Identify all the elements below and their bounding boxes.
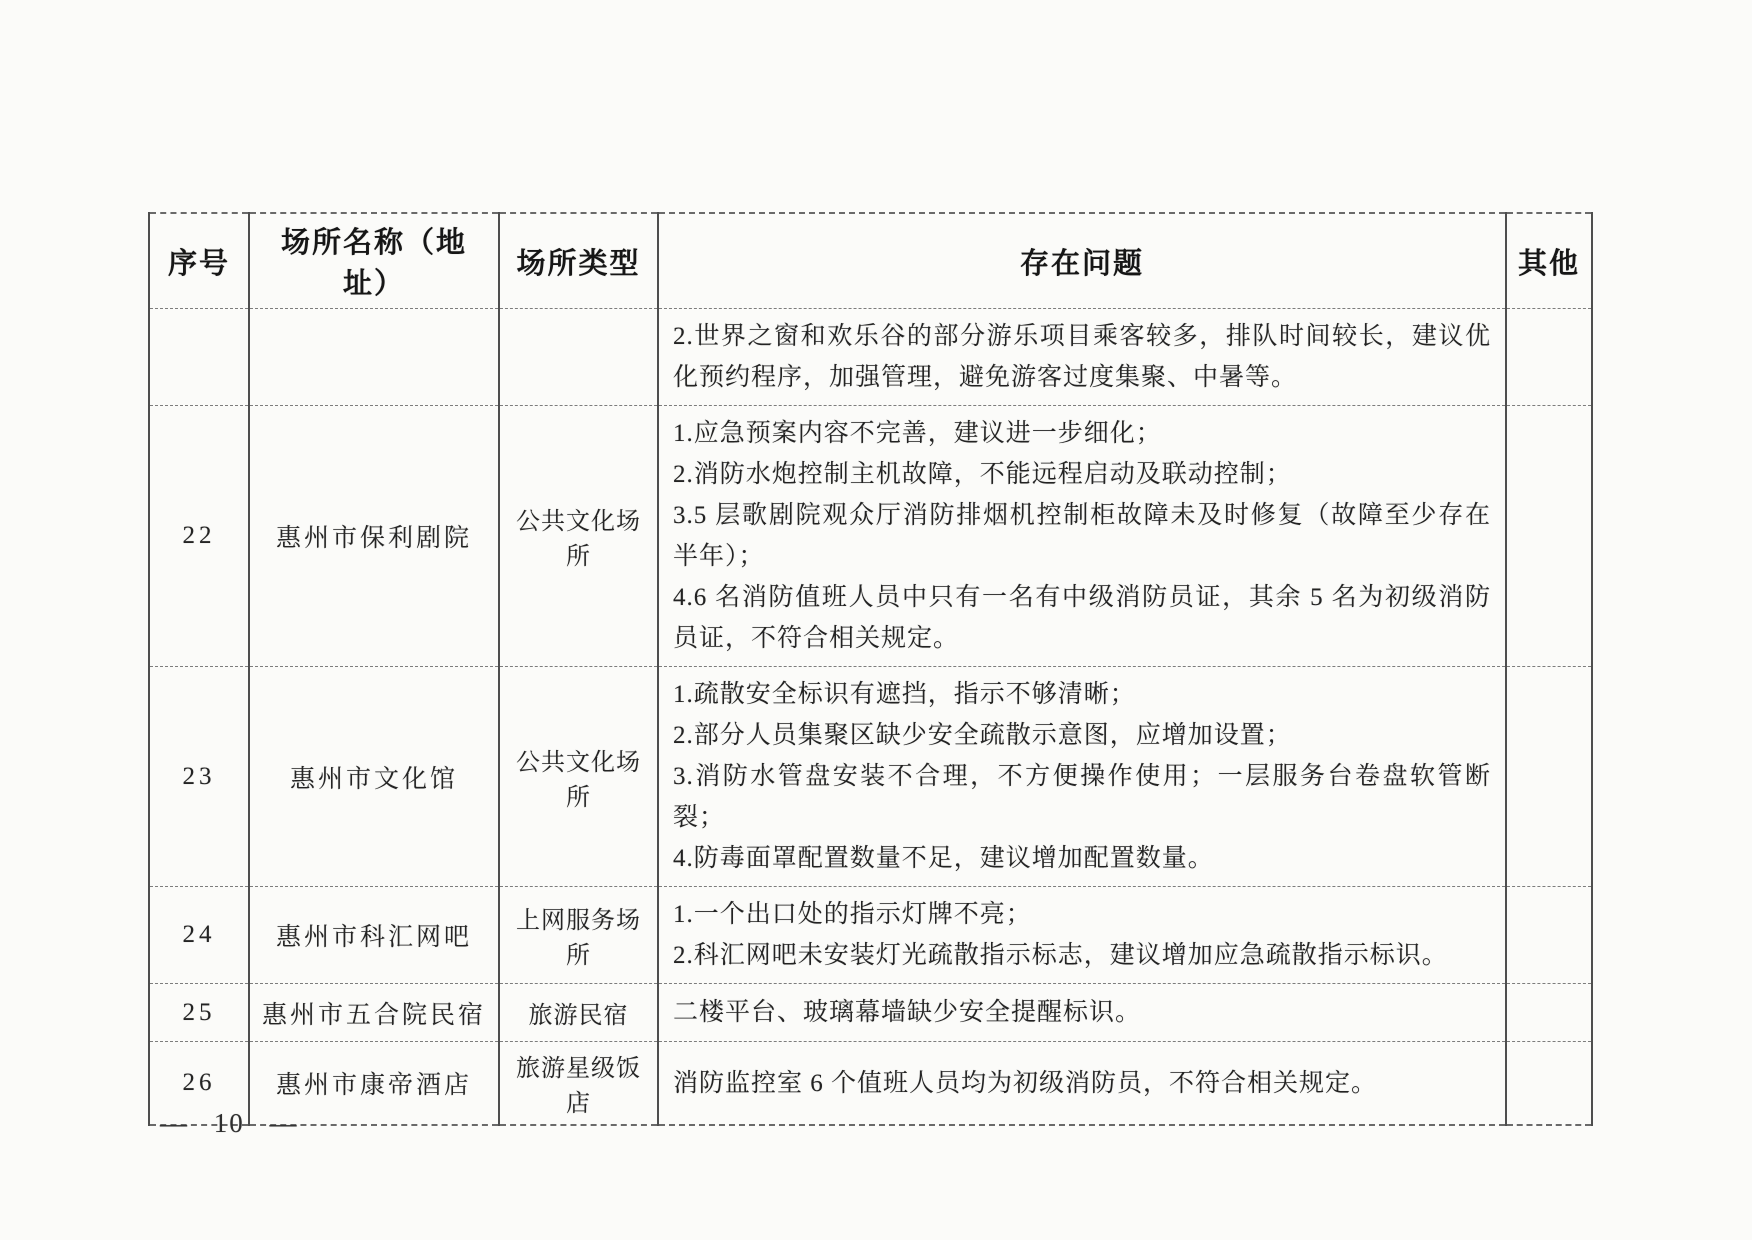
problem-item: 2.科汇网吧未安装灯光疏散指示标志，建议增加应急疏散指示标识。 xyxy=(673,935,1491,976)
cell-other xyxy=(1506,1042,1592,1126)
table-row-25: 25 惠州市五合院民宿 旅游民宿 二楼平台、玻璃幕墙缺少安全提醒标识。 xyxy=(149,984,1592,1042)
problem-item: 消防监控室 6 个值班人员均为初级消防员，不符合相关规定。 xyxy=(673,1063,1491,1104)
problem-item: 1.一个出口处的指示灯牌不亮； xyxy=(673,894,1491,935)
problem-item: 1.疏散安全标识有遮挡，指示不够清晰； xyxy=(673,674,1491,715)
cell-type: 公共文化场所 xyxy=(499,406,658,667)
cell-other xyxy=(1506,406,1592,667)
problem-item: 4.防毒面罩配置数量不足，建议增加配置数量。 xyxy=(673,838,1491,879)
cell-other xyxy=(1506,984,1592,1042)
header-other: 其他 xyxy=(1506,213,1592,309)
cell-no: 25 xyxy=(149,984,249,1042)
cell-other xyxy=(1506,309,1592,406)
cell-no xyxy=(149,309,249,406)
cell-type: 旅游星级饭店 xyxy=(499,1042,658,1126)
cell-name: 惠州市科汇网吧 xyxy=(249,887,499,984)
cell-name: 惠州市文化馆 xyxy=(249,667,499,887)
scanned-document-page: 序号 场所名称（地址） 场所类型 存在问题 其他 2.世界之窗和欢乐谷的部分游乐… xyxy=(0,0,1752,1240)
cell-other xyxy=(1506,887,1592,984)
cell-type: 旅游民宿 xyxy=(499,984,658,1042)
table-row-continuation: 2.世界之窗和欢乐谷的部分游乐项目乘客较多，排队时间较长，建议优化预约程序，加强… xyxy=(149,309,1592,406)
header-no: 序号 xyxy=(149,213,249,309)
cell-other xyxy=(1506,667,1592,887)
cell-no: 22 xyxy=(149,406,249,667)
cell-type: 上网服务场所 xyxy=(499,887,658,984)
table-body: 2.世界之窗和欢乐谷的部分游乐项目乘客较多，排队时间较长，建议优化预约程序，加强… xyxy=(149,309,1592,1126)
table-row-26: 26 惠州市康帝酒店 旅游星级饭店 消防监控室 6 个值班人员均为初级消防员，不… xyxy=(149,1042,1592,1126)
cell-name: 惠州市五合院民宿 xyxy=(249,984,499,1042)
cell-problems: 2.世界之窗和欢乐谷的部分游乐项目乘客较多，排队时间较长，建议优化预约程序，加强… xyxy=(658,309,1506,406)
cell-type xyxy=(499,309,658,406)
header-type: 场所类型 xyxy=(499,213,658,309)
problem-item: 2.消防水炮控制主机故障，不能远程启动及联动控制； xyxy=(673,454,1491,495)
problem-item: 4.6 名消防值班人员中只有一名有中级消防员证，其余 5 名为初级消防员证，不符… xyxy=(673,577,1491,659)
problem-item: 二楼平台、玻璃幕墙缺少安全提醒标识。 xyxy=(673,992,1491,1033)
header-name: 场所名称（地址） xyxy=(249,213,499,309)
cell-no: 23 xyxy=(149,667,249,887)
problem-item: 1.应急预案内容不完善，建议进一步细化； xyxy=(673,413,1491,454)
cell-problems: 1.疏散安全标识有遮挡，指示不够清晰；2.部分人员集聚区缺少安全疏散示意图，应增… xyxy=(658,667,1506,887)
page-number: — 10 — xyxy=(160,1108,299,1139)
cell-problems: 消防监控室 6 个值班人员均为初级消防员，不符合相关规定。 xyxy=(658,1042,1506,1126)
inspection-table-container: 序号 场所名称（地址） 场所类型 存在问题 其他 2.世界之窗和欢乐谷的部分游乐… xyxy=(148,212,1591,1126)
problem-item: 2.世界之窗和欢乐谷的部分游乐项目乘客较多，排队时间较长，建议优化预约程序，加强… xyxy=(673,316,1491,398)
table-row-24: 24 惠州市科汇网吧 上网服务场所 1.一个出口处的指示灯牌不亮；2.科汇网吧未… xyxy=(149,887,1592,984)
table-row-22: 22 惠州市保利剧院 公共文化场所 1.应急预案内容不完善，建议进一步细化；2.… xyxy=(149,406,1592,667)
problem-item: 3.5 层歌剧院观众厅消防排烟机控制柜故障未及时修复（故障至少存在半年）； xyxy=(673,495,1491,577)
inspection-table: 序号 场所名称（地址） 场所类型 存在问题 其他 2.世界之窗和欢乐谷的部分游乐… xyxy=(148,212,1593,1126)
header-row: 序号 场所名称（地址） 场所类型 存在问题 其他 xyxy=(149,213,1592,309)
problem-item: 2.部分人员集聚区缺少安全疏散示意图，应增加设置； xyxy=(673,715,1491,756)
cell-no: 24 xyxy=(149,887,249,984)
cell-type: 公共文化场所 xyxy=(499,667,658,887)
table-row-23: 23 惠州市文化馆 公共文化场所 1.疏散安全标识有遮挡，指示不够清晰；2.部分… xyxy=(149,667,1592,887)
problem-item: 3.消防水管盘安装不合理，不方便操作使用；一层服务台卷盘软管断裂； xyxy=(673,756,1491,838)
cell-name xyxy=(249,309,499,406)
table-header: 序号 场所名称（地址） 场所类型 存在问题 其他 xyxy=(149,213,1592,309)
cell-name: 惠州市保利剧院 xyxy=(249,406,499,667)
header-problems: 存在问题 xyxy=(658,213,1506,309)
cell-problems: 二楼平台、玻璃幕墙缺少安全提醒标识。 xyxy=(658,984,1506,1042)
cell-problems: 1.应急预案内容不完善，建议进一步细化；2.消防水炮控制主机故障，不能远程启动及… xyxy=(658,406,1506,667)
cell-problems: 1.一个出口处的指示灯牌不亮；2.科汇网吧未安装灯光疏散指示标志，建议增加应急疏… xyxy=(658,887,1506,984)
